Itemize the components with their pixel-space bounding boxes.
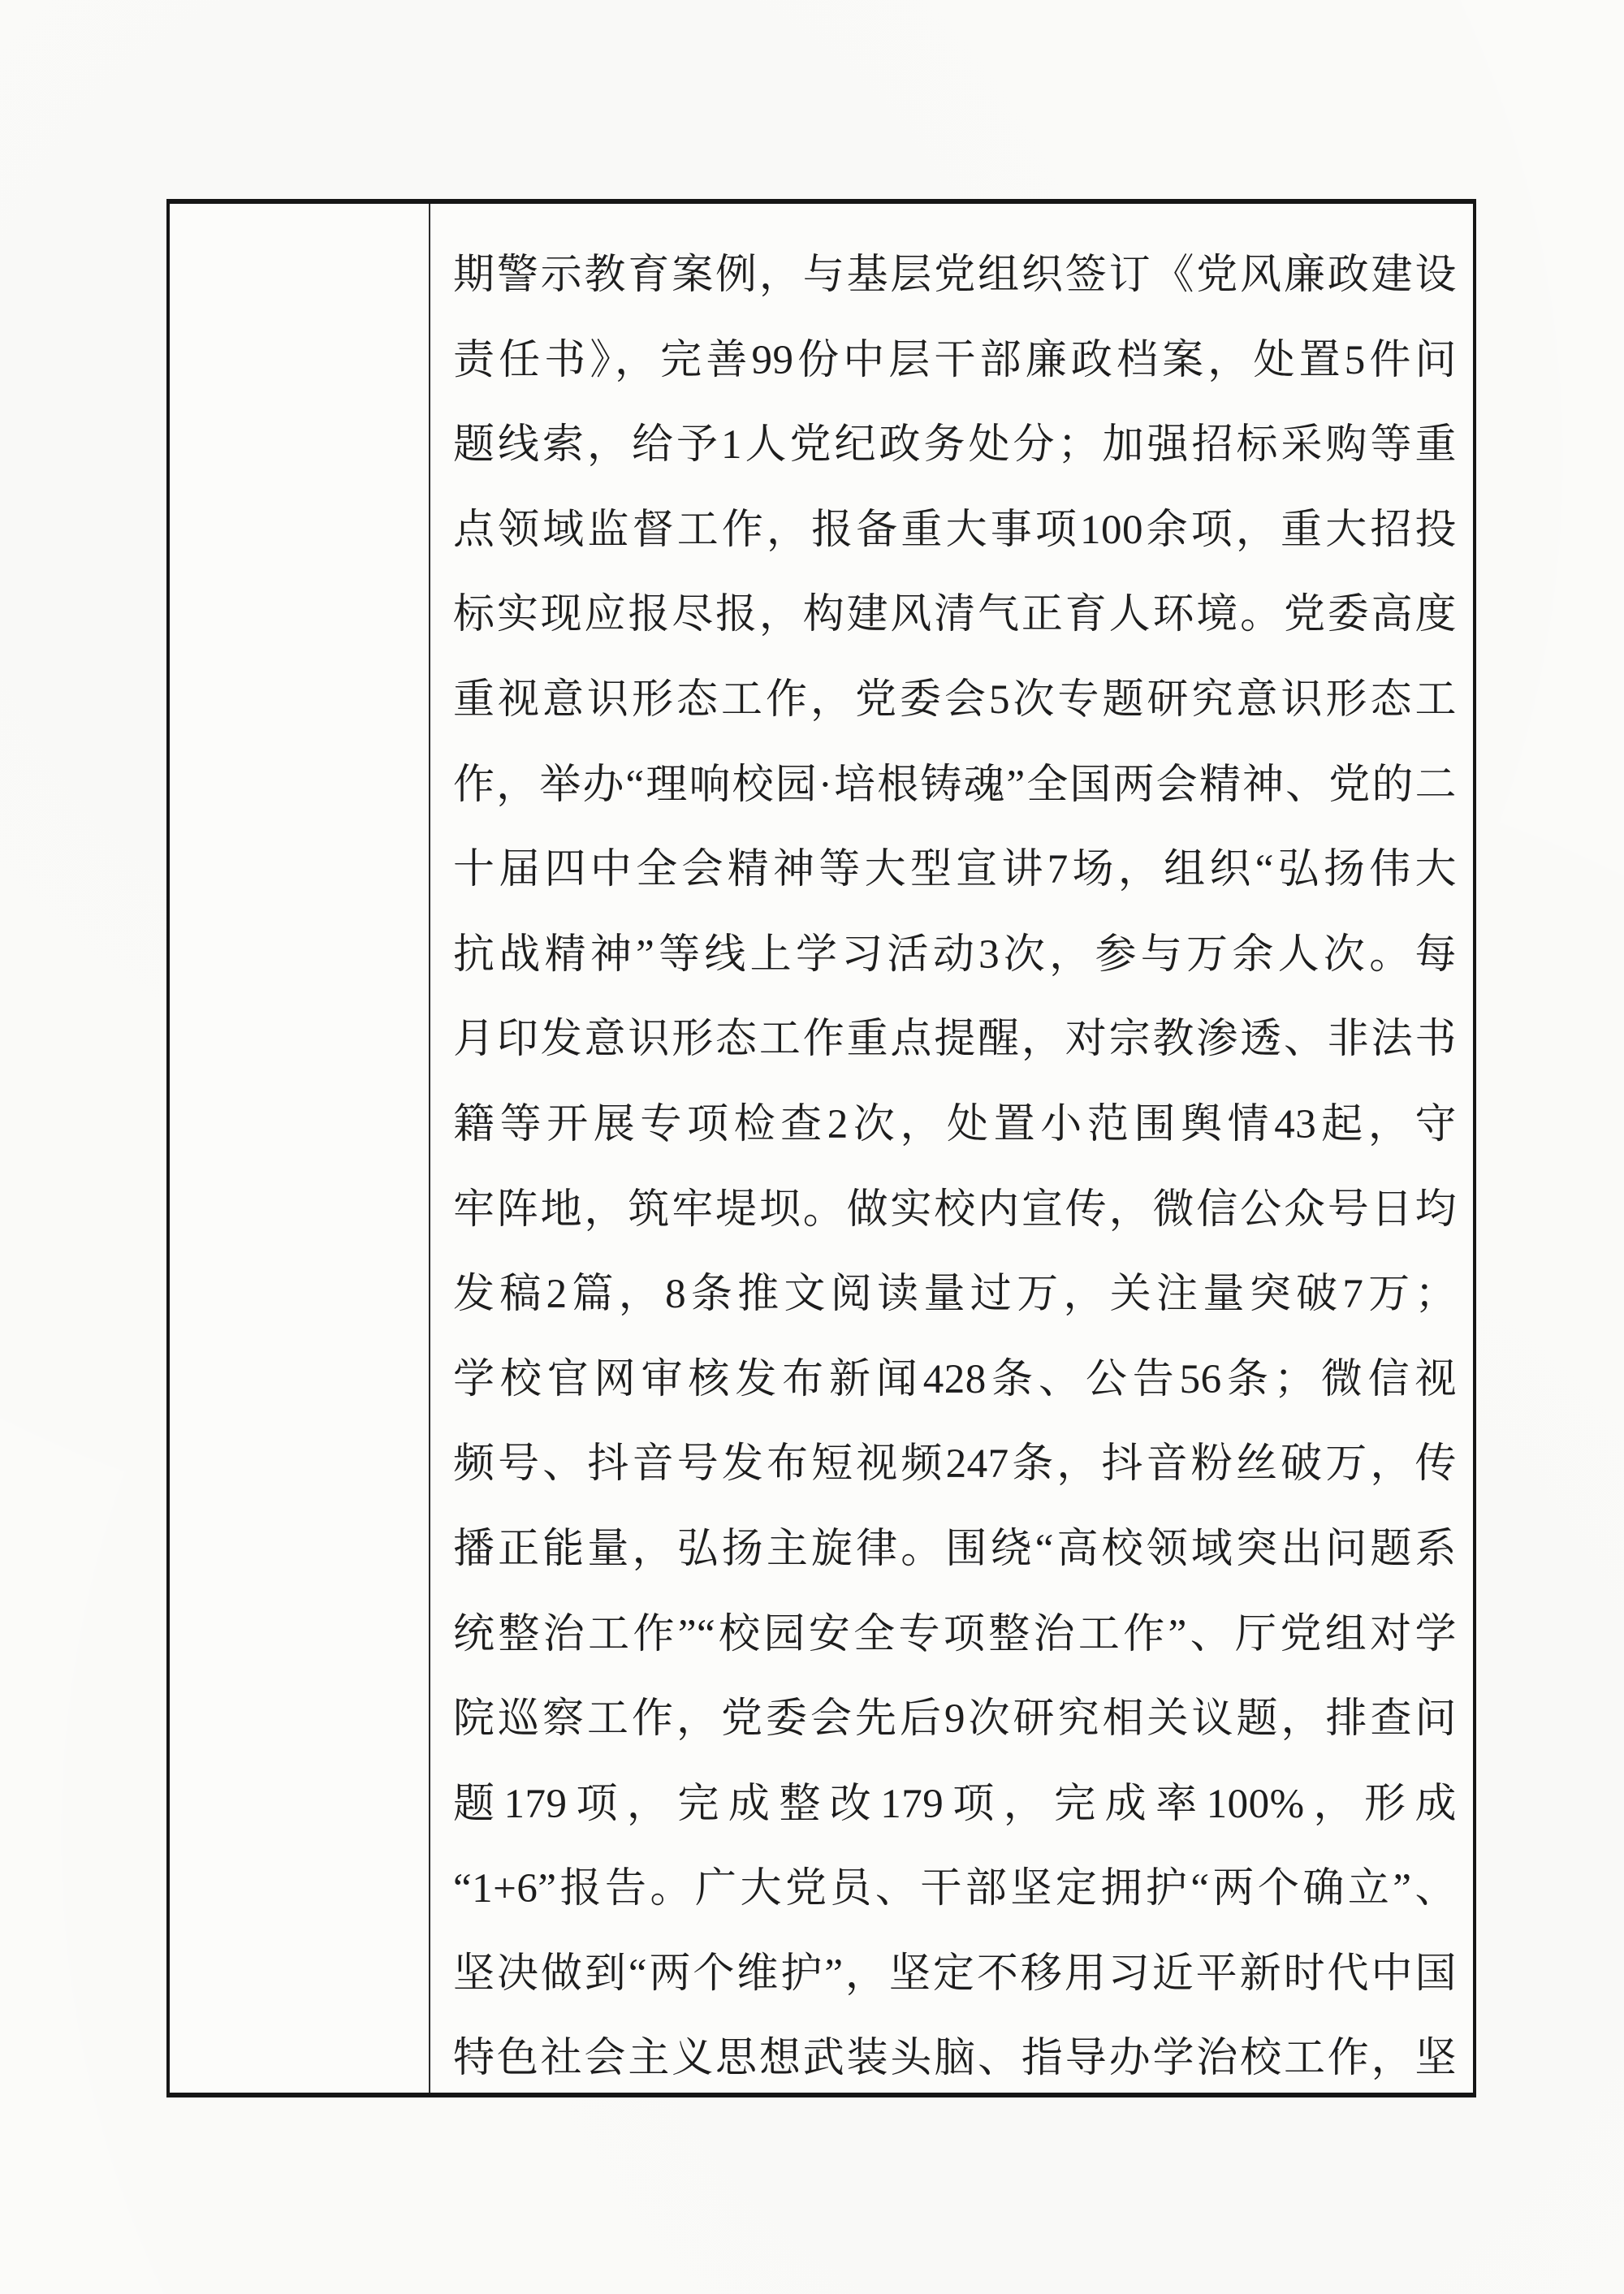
text-line: 发稿2篇，8条推文阅读量过万，关注量突破7万；	[453, 1252, 1457, 1337]
table-label-cell	[170, 204, 430, 2093]
text-line: 院巡察工作，党委会先后9次研究相关议题，排查问	[453, 1677, 1457, 1762]
text-line: 重视意识形态工作，党委会5次专题研究意识形态工	[453, 658, 1457, 743]
text-line: “1+6”报告。广大党员、干部坚定拥护“两个确立”、	[453, 1847, 1457, 1932]
text-line: 点领域监督工作，报备重大事项100余项，重大招投	[453, 488, 1457, 573]
text-line: 期警示教育案例，与基层党组织签订《党风廉政建设	[453, 233, 1457, 318]
document-page: 期警示教育案例，与基层党组织签订《党风廉政建设 责任书》，完善99份中层干部廉政…	[0, 0, 1624, 2294]
text-line: 题179项，完成整改179项，完成率100%，形成	[453, 1762, 1457, 1847]
text-line: 坚决做到“两个维护”，坚定不移用习近平新时代中国	[453, 1932, 1457, 2017]
text-line: 责任书》，完善99份中层干部廉政档案，处置5件问	[453, 318, 1457, 404]
text-line: 牢阵地，筑牢堤坝。做实校内宣传，微信公众号日均	[453, 1168, 1457, 1253]
text-line: 月印发意识形态工作重点提醒，对宗教渗透、非法书	[453, 997, 1457, 1082]
table-content-cell: 期警示教育案例，与基层党组织签订《党风廉政建设 责任书》，完善99份中层干部廉政…	[430, 204, 1473, 2093]
report-table: 期警示教育案例，与基层党组织签订《党风廉政建设 责任书》，完善99份中层干部廉政…	[166, 199, 1476, 2097]
text-line: 统整治工作”“校园安全专项整治工作”、厅党组对学	[453, 1592, 1457, 1678]
text-line: 标实现应报尽报，构建风清气正育人环境。党委高度	[453, 572, 1457, 658]
text-line: 频号、抖音号发布短视频247条，抖音粉丝破万，传	[453, 1422, 1457, 1507]
text-line: 学校官网审核发布新闻428条、公告56条；微信视	[453, 1337, 1457, 1423]
text-line: 题线索，给予1人党纪政务处分；加强招标采购等重	[453, 403, 1457, 488]
text-line: 播正能量，弘扬主旋律。围绕“高校领域突出问题系	[453, 1507, 1457, 1592]
text-line: 籍等开展专项检查2次，处置小范围舆情43起，守	[453, 1082, 1457, 1168]
text-line: 特色社会主义思想武装头脑、指导办学治校工作，坚	[453, 2016, 1457, 2093]
text-line: 作，举办“理响校园·培根铸魂”全国两会精神、党的二	[453, 743, 1457, 828]
text-line: 十届四中全会精神等大型宣讲7场，组织“弘扬伟大	[453, 827, 1457, 913]
text-line: 抗战精神”等线上学习活动3次，参与万余人次。每	[453, 913, 1457, 998]
